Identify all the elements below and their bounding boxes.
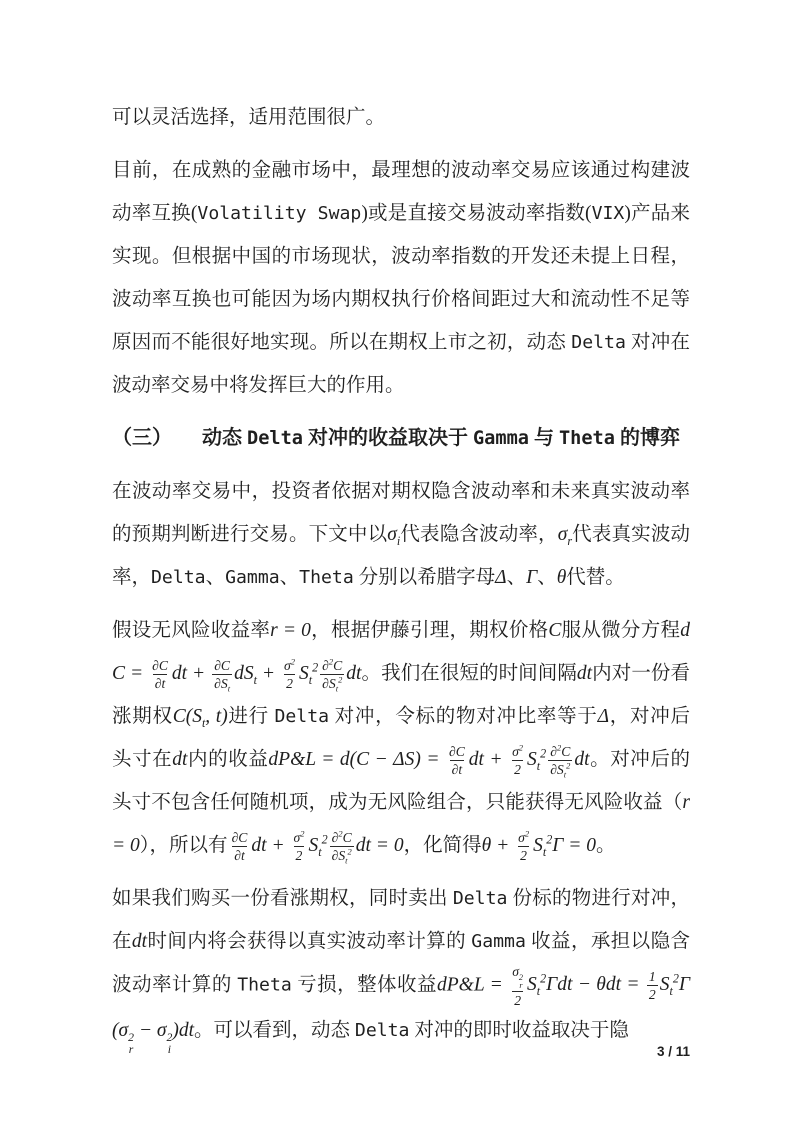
paragraph-notation: 在波动率交易中，投资者依据对期权隐含波动率和未来真实波动率的预期判断进行交易。下…: [112, 470, 690, 599]
paragraph-ito-derivation: 假设无风险收益率r = 0，根据伊藤引理，期权价格C服从微分方程dC = ∂C∂…: [112, 609, 690, 867]
page-number: 3 / 11: [657, 1044, 690, 1059]
document-content: 可以灵活选择，适用范围很广。 目前，在成熟的金融市场中，最理想的波动率交易应该通…: [0, 0, 800, 1057]
document-page: 可以灵活选择，适用范围很广。 目前，在成熟的金融市场中，最理想的波动率交易应该通…: [0, 0, 800, 1131]
section-heading: （三） 动态 Delta 对冲的收益取决于 Gamma 与 Theta 的博弈: [112, 417, 690, 460]
paragraph-volatility-market: 目前，在成熟的金融市场中，最理想的波动率交易应该通过构建波动率互换(Volati…: [112, 149, 690, 407]
paragraph-intro: 可以灵活选择，适用范围很广。: [112, 96, 690, 139]
paragraph-gamma-theta-pnl: 如果我们购买一份看涨期权，同时卖出 Delta 份标的物进行对冲，在dt时间内将…: [112, 877, 690, 1057]
